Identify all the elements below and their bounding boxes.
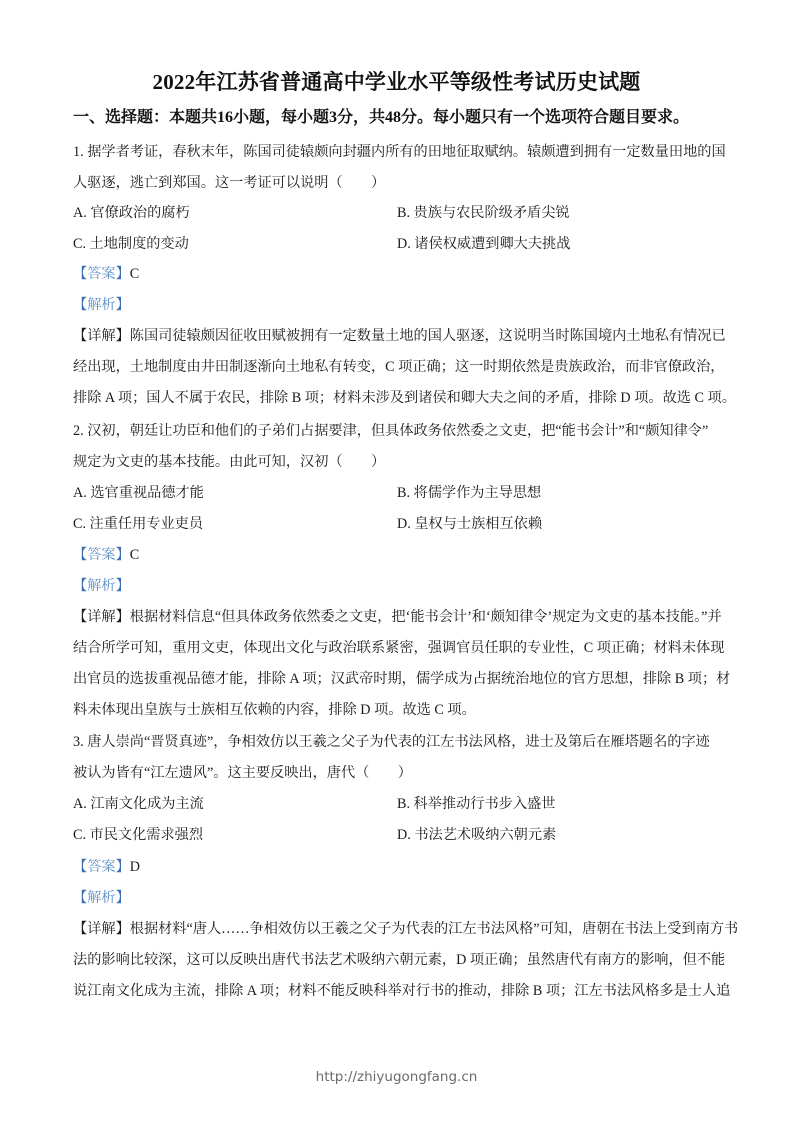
- footer-url[interactable]: http://zhiyugongfang.cn: [0, 1069, 793, 1085]
- answer-label-open: 【: [73, 859, 87, 875]
- analysis-label-open: 【: [73, 297, 87, 313]
- question-3-answer: 【答案】D: [73, 857, 140, 877]
- question-1-stem-line-2: 人驱逐，逃亡到郑国。这一考证可以说明（ ）: [73, 173, 385, 193]
- question-3-option-d: D. 书法艺术吸纳六朝元素: [397, 825, 556, 845]
- question-2-detail-line-2: 结合所学可知，重用文吏，体现出文化与政治联系紧密，强调官员任职的专业性，C 项正…: [73, 638, 724, 658]
- question-1-detail-line-3: 排除 A 项；国人不属于农民，排除 B 项；材料未涉及到诸侯和卿大夫之间的矛盾，…: [73, 388, 736, 408]
- page-title: 2022年江苏省普通高中学业水平等级性考试历史试题: [0, 66, 793, 96]
- question-2-answer: 【答案】C: [73, 545, 139, 565]
- question-3-detail-line-1: 【详解】根据材料“唐人……争相效仿以王羲之父子为代表的江左书法风格”可知，唐朝在…: [73, 919, 738, 939]
- analysis-label-close: 】: [116, 578, 130, 594]
- analysis-label: 解析: [87, 578, 115, 594]
- question-1-detail-line-1: 【详解】陈国司徒辕颇因征收田赋被拥有一定数量土地的国人驱逐，这说明当时陈国境内土…: [73, 326, 726, 346]
- answer-label-open: 【: [73, 547, 87, 563]
- question-2-option-d: D. 皇权与士族相互依赖: [397, 514, 542, 534]
- question-2-stem-line-2: 规定为文吏的基本技能。由此可知，汉初（ ）: [73, 452, 385, 472]
- question-1-option-a: A. 官僚政治的腐朽: [73, 203, 190, 223]
- question-3-option-c: C. 市民文化需求强烈: [73, 825, 203, 845]
- section-heading: 一、选择题：本题共16小题，每小题3分，共48分。每小题只有一个选项符合题目要求…: [73, 104, 689, 127]
- answer-value: C: [130, 266, 139, 282]
- answer-label-open: 【: [73, 266, 87, 282]
- answer-label: 答案: [87, 547, 115, 563]
- question-2-stem-line-1: 2. 汉初，朝廷让功臣和他们的子弟们占据要津，但具体政务依然委之文吏，把“能书会…: [73, 421, 708, 441]
- question-3-detail-line-2: 法的影响比较深，这可以反映出唐代书法艺术吸纳六朝元素，D 项正确；虽然唐代有南方…: [73, 950, 725, 970]
- answer-value: C: [130, 547, 139, 563]
- answer-label: 答案: [87, 266, 115, 282]
- question-2-option-c: C. 注重任用专业吏员: [73, 514, 203, 534]
- question-2-detail-line-1: 【详解】根据材料信息“但具体政务依然委之文吏，把‘能书会计’和‘颇知律令’规定为…: [73, 607, 722, 627]
- answer-label: 答案: [87, 859, 115, 875]
- question-2-option-b: B. 将儒学作为主导思想: [397, 483, 541, 503]
- question-2-detail-line-3: 出官员的选拔重视品德才能，排除 A 项；汉武帝时期，儒学成为占据统治地位的官方思…: [73, 669, 730, 689]
- question-1-detail-line-2: 经出现，土地制度由井田制逐渐向土地私有转变，C 项正确；这一时期依然是贵族政治，…: [73, 357, 724, 377]
- answer-label-close: 】: [116, 547, 130, 563]
- analysis-label-open: 【: [73, 578, 87, 594]
- question-3-option-a: A. 江南文化成为主流: [73, 794, 204, 814]
- answer-value: D: [130, 859, 140, 875]
- question-2-detail-line-4: 料未体现出皇族与士族相互依赖的内容，排除 D 项。故选 C 项。: [73, 700, 476, 720]
- analysis-label: 解析: [87, 297, 115, 313]
- analysis-label-close: 】: [116, 297, 130, 313]
- question-3-option-b: B. 科举推动行书步入盛世: [397, 794, 555, 814]
- question-1-stem-line-1: 1. 据学者考证，春秋末年，陈国司徒辕颇向封疆内所有的田地征取赋纳。辕颇遭到拥有…: [73, 142, 726, 162]
- answer-label-close: 】: [116, 266, 130, 282]
- document-page: 2022年江苏省普通高中学业水平等级性考试历史试题 一、选择题：本题共16小题，…: [0, 0, 793, 1122]
- analysis-label: 解析: [87, 890, 115, 906]
- question-1-analysis-label: 【解析】: [73, 295, 130, 315]
- question-1-answer: 【答案】C: [73, 264, 139, 284]
- question-3-stem-line-2: 被认为皆有“江左遗风”。这主要反映出，唐代（ ）: [73, 763, 412, 783]
- analysis-label-open: 【: [73, 890, 87, 906]
- question-2-option-a: A. 选官重视品德才能: [73, 483, 204, 503]
- question-1-option-c: C. 土地制度的变动: [73, 234, 189, 254]
- question-3-detail-line-3: 说江南文化成为主流，排除 A 项；材料不能反映科举对行书的推动，排除 B 项；江…: [73, 981, 730, 1001]
- question-3-stem-line-1: 3. 唐人崇尚“晋贤真迹”，争相效仿以王羲之父子为代表的江左书法风格，进士及第后…: [73, 732, 710, 752]
- question-2-analysis-label: 【解析】: [73, 576, 130, 596]
- question-3-analysis-label: 【解析】: [73, 888, 130, 908]
- question-1-option-b: B. 贵族与农民阶级矛盾尖锐: [397, 203, 570, 223]
- question-1-option-d: D. 诸侯权威遭到卿大夫挑战: [397, 234, 570, 254]
- answer-label-close: 】: [116, 859, 130, 875]
- analysis-label-close: 】: [116, 890, 130, 906]
